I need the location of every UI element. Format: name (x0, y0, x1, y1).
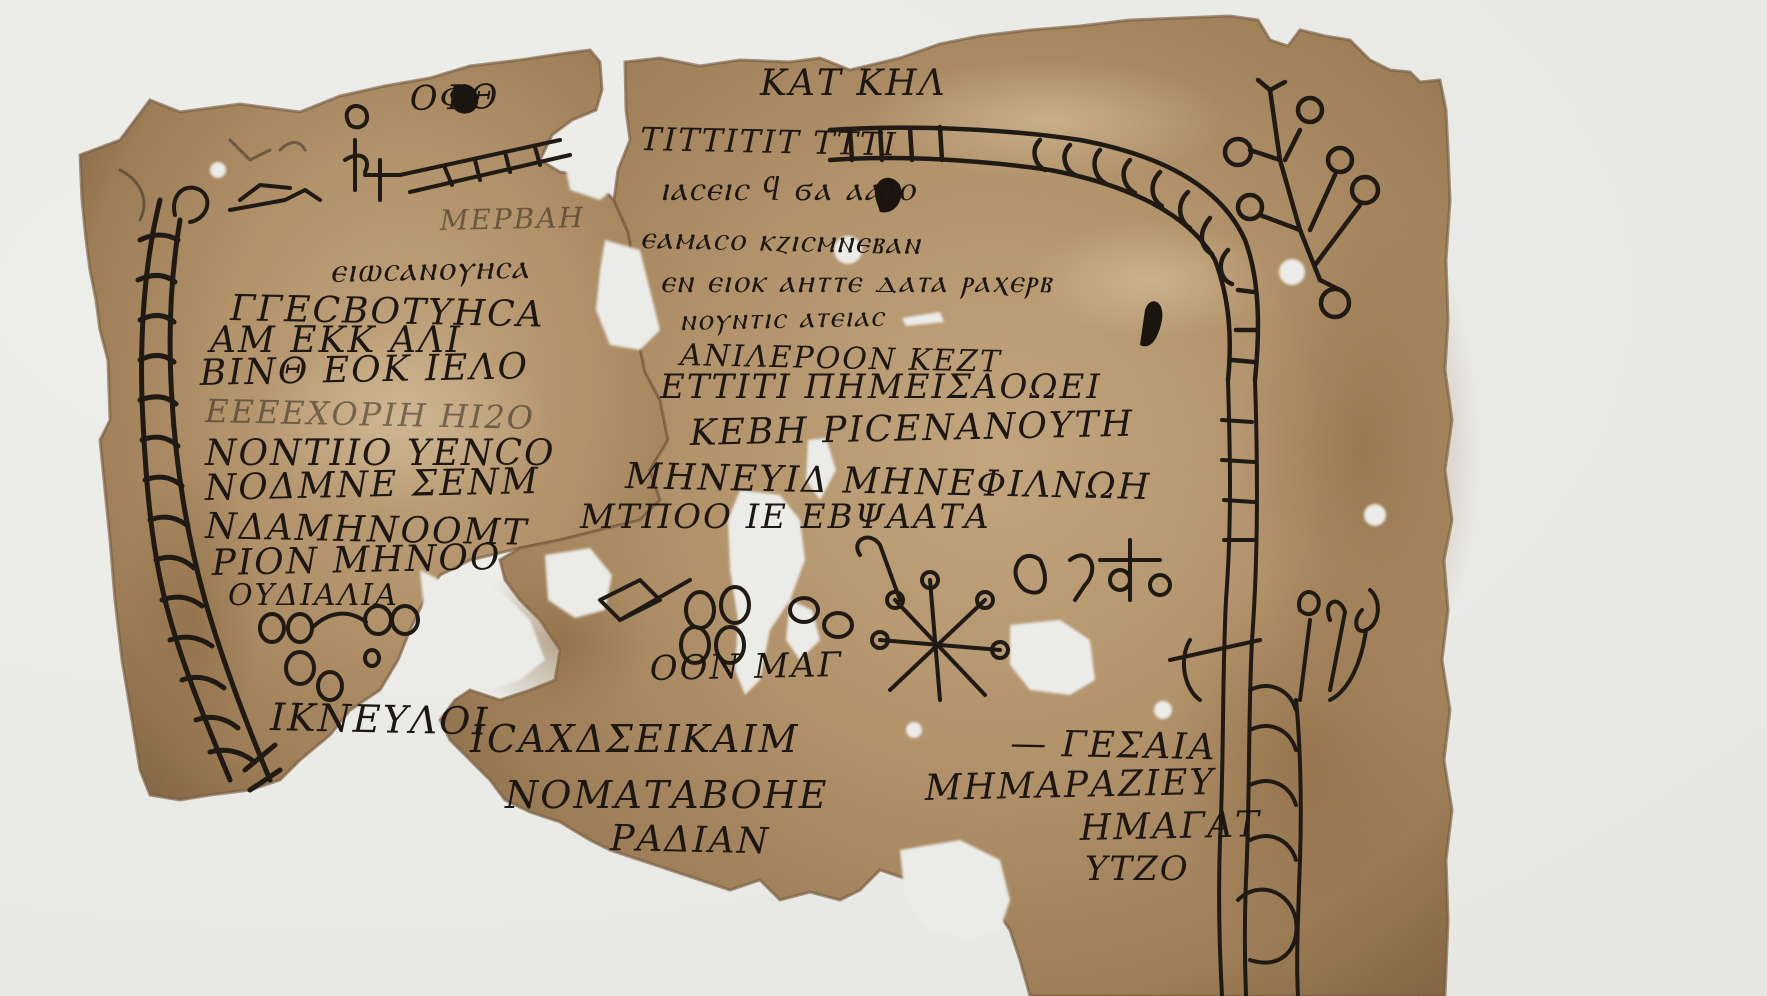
text-line: ΕΤΤΙΤΙ ΠΗΜΕΙΣΑΟΩΕΙ (659, 367, 1102, 407)
text-line: ΟΥΔΙΑΛΙΑ (228, 578, 399, 613)
text-line: ⲉⲛ ⲉⲓⲟⲕ ⲁⲏⲧⲧⲉ ⲇⲁⲧⲁ ⲣⲁⲭⲉⲣⲃ (660, 262, 1054, 300)
text-line: ΕΕΕΕΧΟΡΙΗ ΗΙ2Ο (204, 392, 536, 437)
text-line: ΤΙΤΤΙΤΙΤ ΤΤΤΙ (640, 120, 898, 163)
text-line: ⲓⲁⲥⲉⲓⲥ ϥ ϭⲁ ⲁⲁⲣⲟ (660, 169, 917, 209)
text-line: ΥΤΖΟ (1085, 849, 1190, 889)
photo-stage: ΟΦΘΚΑΤ ΚΗΛΤΙΤΤΙΤΙΤ ΤΤΤΙΜΕΡΒΑΗⲓⲁⲥⲉⲓⲥ ϥ ϭⲁ… (0, 0, 1767, 996)
text-line: ΝΟΜΑΤΑΒΟΗΕ (504, 773, 829, 817)
manuscript-fragment: ΟΦΘΚΑΤ ΚΗΛΤΙΤΤΙΤΙΤ ΤΤΤΙΜΕΡΒΑΗⲓⲁⲥⲉⲓⲥ ϥ ϭⲁ… (0, 0, 1767, 996)
text-line: ΙCΑΧΔΣΕΙΚΑΙΜ (469, 717, 799, 761)
text-line: ΝΟΔΜΝΕ ΣΕΝΜ (203, 461, 540, 509)
text-line: ΒΙΝΘ ΕΟΚ ΙΕΛΟ (198, 346, 529, 394)
text-line: ΜΤΠΟΟ ΙΕ ΕΒΨΑΑΤΑ (579, 497, 991, 537)
text-line: ΡΑΔΙΑΝ (609, 818, 771, 862)
text-line: ΗΜΑΓΑΤ (1078, 804, 1262, 849)
text-line: — ΓΕΣΑΙΑ (1010, 723, 1217, 768)
text-line: ΚΑΤ ΚΗΛ (759, 63, 947, 104)
text-line: ΡΙΟΝ ΜΗΝΟΟ (210, 537, 501, 584)
text-line: ΟΟΝ ΜΑΓ (649, 645, 843, 689)
text-line: ΜΗΜΑΡΑΖΙΕΥ (923, 762, 1217, 809)
text-line: ⲉⲓⲱⲥⲁⲛⲟⲩⲏⲥⲁ (329, 247, 530, 291)
text-line: ΙΚΝΕΥΛΟΙ (269, 695, 490, 744)
text-line: ΜΕΡΒΑΗ (438, 201, 585, 237)
text-line: ⲛⲟⲩⲛⲧⲓⲥ ⲁⲧⲉⲓⲁⲥ (679, 299, 886, 338)
text-line: ⲉⲁⲙⲁⲥⲟ ⲕⲍⲓⲥⲙⲛⲉⲃⲁⲛ (640, 218, 923, 262)
text-line: ΟΦΘ (409, 77, 499, 119)
